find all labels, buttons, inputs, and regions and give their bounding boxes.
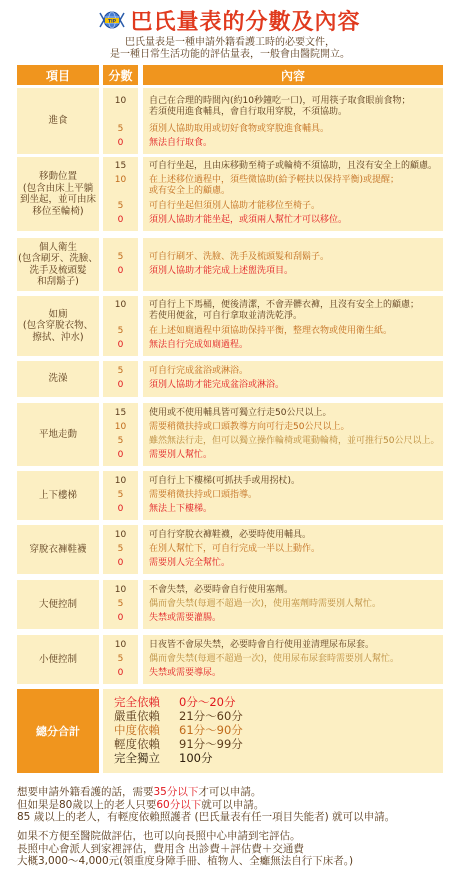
content-cell: 日夜皆不會尿失禁，必要時會自行使用並清理尿布尿套。偶而會失禁(每週不超過一次)，… <box>143 635 443 684</box>
content-line: 失禁或需要導尿。 <box>149 668 443 679</box>
table-row: 上下樓梯1050可自行上下樓梯(可抓扶手或用拐杖)。需要稍微扶持或口頭指導。無法… <box>17 471 443 520</box>
content-line: 日夜皆不會尿失禁，必要時會自行使用並清理尿布尿套。 <box>149 640 443 651</box>
footer-notes-2: 如果不方便至醫院做評估，也可以向長照中心申請到宅評估。 長照中心會派人到家裡評估… <box>17 830 457 868</box>
score-value: 5 <box>103 654 138 665</box>
content-line: 在上述移位過程中，須些微協助(給予輕扶以保持平衡)或提醒； <box>149 175 443 186</box>
table-row: 個人衛生 (包含刷牙、洗臉、 洗手及梳頭髮 和刮鬍子)50可自行刷牙、洗臉、洗手… <box>17 238 443 291</box>
svg-text:TIP: TIP <box>108 18 117 24</box>
footer-notes: 想要申請外籍看護的話，需要35分以下才可以申請。 但如果是80歲以上的老人只要6… <box>17 786 457 824</box>
footer-line: 如果不方便至醫院做評估，也可以向長照中心申請到宅評估。 <box>17 830 457 843</box>
table-row: 進食1050自己在合理的時間內(約10秒鐘吃一口)，可用筷子取食眼前食物；若須使… <box>17 88 443 154</box>
score-value: 10 <box>103 476 138 487</box>
content-line: 在別人幫忙下，可自行完成一半以上動作。 <box>149 544 443 555</box>
score-value: 10 <box>103 530 138 541</box>
level-range: 91分～99分 <box>179 737 243 751</box>
content-line: 失禁或需要灌腸。 <box>149 613 443 624</box>
score-value: 10 <box>103 300 138 311</box>
item-cell: 穿脫衣褲鞋襪 <box>17 525 99 574</box>
content-line: 須別人協助才能完成盆浴或淋浴。 <box>149 380 443 391</box>
item-cell: 平地走動 <box>17 403 99 466</box>
total-row: 總分合計 完全依賴0分～20分嚴重依賴21分～60分中度依賴61分～90分輕度依… <box>17 689 443 773</box>
score-value: 0 <box>103 138 138 149</box>
footer-text: 就可以申請。 <box>201 799 264 811</box>
item-cell: 移動位置 (包含由床上平躺 到坐起，並可由床 移位至輪椅) <box>17 157 99 231</box>
item-cell: 洗澡 <box>17 361 99 397</box>
content-line: 若須使用進食輔具，會自行取用穿脫，不須協助。 <box>149 107 443 118</box>
level-range: 0分～20分 <box>179 695 235 709</box>
total-levels: 完全依賴0分～20分嚴重依賴21分～60分中度依賴61分～90分輕度依賴91分～… <box>103 689 443 773</box>
content-line: 需要稍微扶持或口頭教導方向可行走50公尺以上。 <box>149 422 443 433</box>
level-name: 中度依賴 <box>114 723 179 737</box>
score-cell: 151050 <box>103 157 138 231</box>
score-cell: 50 <box>103 361 138 397</box>
content-line: 需要別人完全幫忙。 <box>149 558 443 569</box>
content-cell: 不會失禁，必要時會自行使用塞劑。偶而會失禁(每週不超過一次)，使用塞劑時需要別人… <box>143 580 443 629</box>
score-cell: 1050 <box>103 88 138 154</box>
level-name: 嚴重依賴 <box>114 709 179 723</box>
content-cell: 可自行上下樓梯(可抓扶手或用拐杖)。需要稍微扶持或口頭指導。無法上下樓梯。 <box>143 471 443 520</box>
score-value: 5 <box>103 326 138 337</box>
content-line: 無法自行取食。 <box>149 138 443 149</box>
content-line: 可自行上下馬桶，便後清潔，不會弄髒衣褲，且沒有安全上的顧慮； <box>149 300 443 311</box>
score-value: 0 <box>103 266 138 277</box>
page-title: 巴氏量表的分數及內容 <box>130 5 360 36</box>
total-level: 輕度依賴91分～99分 <box>114 737 443 751</box>
score-value: 0 <box>103 340 138 351</box>
content-cell: 可自行完成盆浴或淋浴。須別人協助才能完成盆浴或淋浴。 <box>143 361 443 397</box>
item-cell: 小便控制 <box>17 635 99 684</box>
footer-text: 但如果是80歲以上的老人只要 <box>17 799 156 811</box>
score-value: 0 <box>103 450 138 461</box>
page-header: TIP 巴氏量表的分數及內容 <box>0 6 460 34</box>
table-row: 洗澡50可自行完成盆浴或淋浴。須別人協助才能完成盆浴或淋浴。 <box>17 361 443 397</box>
item-cell: 大便控制 <box>17 580 99 629</box>
item-cell: 上下樓梯 <box>17 471 99 520</box>
total-level: 中度依賴61分～90分 <box>114 723 443 737</box>
item-cell: 進食 <box>17 88 99 154</box>
content-line: 須別人協助才能完成上述盥洗項目。 <box>149 266 443 277</box>
score-value: 5 <box>103 436 138 447</box>
level-range: 100分 <box>179 751 212 765</box>
content-line: 若使用便盆，可自行拿取並清洗乾淨。 <box>149 311 443 322</box>
content-line: 在上述如廁過程中須協助保持平衡，整理衣物或使用衛生紙。 <box>149 326 443 337</box>
table-row: 小便控制1050日夜皆不會尿失禁，必要時會自行使用並清理尿布尿套。偶而會失禁(每… <box>17 635 443 684</box>
score-value: 0 <box>103 613 138 624</box>
item-cell: 個人衛生 (包含刷牙、洗臉、 洗手及梳頭髮 和刮鬍子) <box>17 238 99 291</box>
content-line: 須別人協助取用或切好食物或穿脫進食輔具。 <box>149 124 443 135</box>
content-line: 可自行坐起但須別人協助才能移位至椅子。 <box>149 201 443 212</box>
score-value: 10 <box>103 640 138 651</box>
content-line: 可自行坐起，且由床移動至椅子或輪椅不須協助，且沒有安全上的顧慮。 <box>149 161 443 172</box>
score-value: 0 <box>103 380 138 391</box>
table-row: 穿脫衣褲鞋襪1050可自行穿脫衣褲鞋襪，必要時使用輔具。在別人幫忙下，可自行完成… <box>17 525 443 574</box>
score-value: 0 <box>103 558 138 569</box>
content-line: 需要稍微扶持或口頭指導。 <box>149 490 443 501</box>
score-value: 5 <box>103 366 138 377</box>
content-line: 無法上下樓梯。 <box>149 504 443 515</box>
content-line: 無法自行完成如廁過程。 <box>149 340 443 351</box>
footer-text: 才可以申請。 <box>198 786 261 798</box>
footer-line: 但如果是80歲以上的老人只要60分以下就可以申請。 <box>17 799 457 812</box>
footer-highlight: 35分以下 <box>154 786 199 798</box>
score-value: 0 <box>103 668 138 679</box>
score-value: 10 <box>103 422 138 433</box>
item-cell: 如廁 (包含穿脫衣物、 擦拭、沖水) <box>17 296 99 356</box>
score-value: 5 <box>103 124 138 135</box>
intro-line: 巴氏量表是一種申請外籍看護工時的必要文件， <box>0 37 460 49</box>
level-name: 完全獨立 <box>114 751 179 765</box>
footer-line: 大概3,000～4,000元(領重度身障手冊、植物人、全癱無法自行下床者。) <box>17 855 457 868</box>
footer-line: 想要申請外籍看護的話，需要35分以下才可以申請。 <box>17 786 457 799</box>
score-value: 10 <box>103 175 138 186</box>
content-cell: 可自行上下馬桶，便後清潔，不會弄髒衣褲，且沒有安全上的顧慮；若使用便盆，可自行拿… <box>143 296 443 356</box>
header-content: 內容 <box>143 65 443 85</box>
content-line: 須別人協助才能坐起，或須兩人幫忙才可以移位。 <box>149 215 443 226</box>
intro-line: 是一種日常生活功能的評估量表，一般會由醫院開立。 <box>0 49 460 61</box>
content-line: 可自行穿脫衣褲鞋襪，必要時使用輔具。 <box>149 530 443 541</box>
table-header: 項目 分數 內容 <box>17 65 443 85</box>
level-name: 輕度依賴 <box>114 737 179 751</box>
content-line: 需要別人幫忙。 <box>149 450 443 461</box>
total-level: 完全獨立100分 <box>114 751 443 765</box>
content-line: 可自行上下樓梯(可抓扶手或用拐杖)。 <box>149 476 443 487</box>
score-cell: 50 <box>103 238 138 291</box>
content-line: 雖然無法行走，但可以獨立操作輪椅或電動輪椅，並可推行50公尺以上。 <box>149 436 443 447</box>
footer-line: 長照中心會派人到家裡評估，費用含 出診費＋評估費＋交通費 <box>17 843 457 856</box>
total-label: 總分合計 <box>17 689 99 773</box>
table-row: 大便控制1050不會失禁，必要時會自行使用塞劑。偶而會失禁(每週不超過一次)，使… <box>17 580 443 629</box>
score-value: 5 <box>103 201 138 212</box>
content-line: 偶而會失禁(每週不超過一次)，使用尿布尿套時需要別人幫忙。 <box>149 654 443 665</box>
content-cell: 使用或不使用輔具皆可獨立行走50公尺以上。需要稍微扶持或口頭教導方向可行走50公… <box>143 403 443 466</box>
content-line: 或有安全上的顧慮。 <box>149 186 443 197</box>
content-line: 不會失禁，必要時會自行使用塞劑。 <box>149 585 443 596</box>
score-value: 10 <box>103 96 138 107</box>
score-value: 10 <box>103 585 138 596</box>
content-cell: 自己在合理的時間內(約10秒鐘吃一口)，可用筷子取食眼前食物；若須使用進食輔具，… <box>143 88 443 154</box>
table-row: 移動位置 (包含由床上平躺 到坐起，並可由床 移位至輪椅)151050可自行坐起… <box>17 157 443 231</box>
globe-logo-icon: TIP <box>99 11 125 29</box>
header-item: 項目 <box>17 65 99 85</box>
content-line: 可自行刷牙、洗臉、洗手及梳頭髮和刮鬍子。 <box>149 252 443 263</box>
score-value: 5 <box>103 490 138 501</box>
table-row: 平地走動151050使用或不使用輔具皆可獨立行走50公尺以上。需要稍微扶持或口頭… <box>17 403 443 466</box>
footer-text: 想要申請外籍看護的話，需要 <box>17 786 154 798</box>
content-cell: 可自行坐起，且由床移動至椅子或輪椅不須協助，且沒有安全上的顧慮。在上述移位過程中… <box>143 157 443 231</box>
content-line: 自己在合理的時間內(約10秒鐘吃一口)，可用筷子取食眼前食物； <box>149 96 443 107</box>
score-value: 0 <box>103 215 138 226</box>
footer-line: 85 歲以上的老人，有輕度依賴照護者 (巴氏量表有任一項目失能者) 就可以申請。 <box>17 811 457 824</box>
total-level: 完全依賴0分～20分 <box>114 695 443 709</box>
level-range: 61分～90分 <box>179 723 243 737</box>
score-cell: 1050 <box>103 525 138 574</box>
score-value: 15 <box>103 408 138 419</box>
content-line: 使用或不使用輔具皆可獨立行走50公尺以上。 <box>149 408 443 419</box>
score-value: 0 <box>103 504 138 515</box>
intro-text: 巴氏量表是一種申請外籍看護工時的必要文件， 是一種日常生活功能的評估量表，一般會… <box>0 37 460 61</box>
score-value: 15 <box>103 161 138 172</box>
content-line: 可自行完成盆浴或淋浴。 <box>149 366 443 377</box>
header-score: 分數 <box>103 65 138 85</box>
total-level: 嚴重依賴21分～60分 <box>114 709 443 723</box>
content-line: 偶而會失禁(每週不超過一次)，使用塞劑時需要別人幫忙。 <box>149 599 443 610</box>
score-cell: 1050 <box>103 471 138 520</box>
score-cell: 151050 <box>103 403 138 466</box>
score-cell: 1050 <box>103 296 138 356</box>
score-value: 5 <box>103 252 138 263</box>
footer-highlight: 60分以下 <box>156 799 201 811</box>
content-cell: 可自行刷牙、洗臉、洗手及梳頭髮和刮鬍子。須別人協助才能完成上述盥洗項目。 <box>143 238 443 291</box>
content-cell: 可自行穿脫衣褲鞋襪，必要時使用輔具。在別人幫忙下，可自行完成一半以上動作。需要別… <box>143 525 443 574</box>
level-range: 21分～60分 <box>179 709 243 723</box>
table-row: 如廁 (包含穿脫衣物、 擦拭、沖水)1050可自行上下馬桶，便後清潔，不會弄髒衣… <box>17 296 443 356</box>
score-cell: 1050 <box>103 635 138 684</box>
score-value: 5 <box>103 544 138 555</box>
level-name: 完全依賴 <box>114 695 179 709</box>
score-cell: 1050 <box>103 580 138 629</box>
score-value: 5 <box>103 599 138 610</box>
